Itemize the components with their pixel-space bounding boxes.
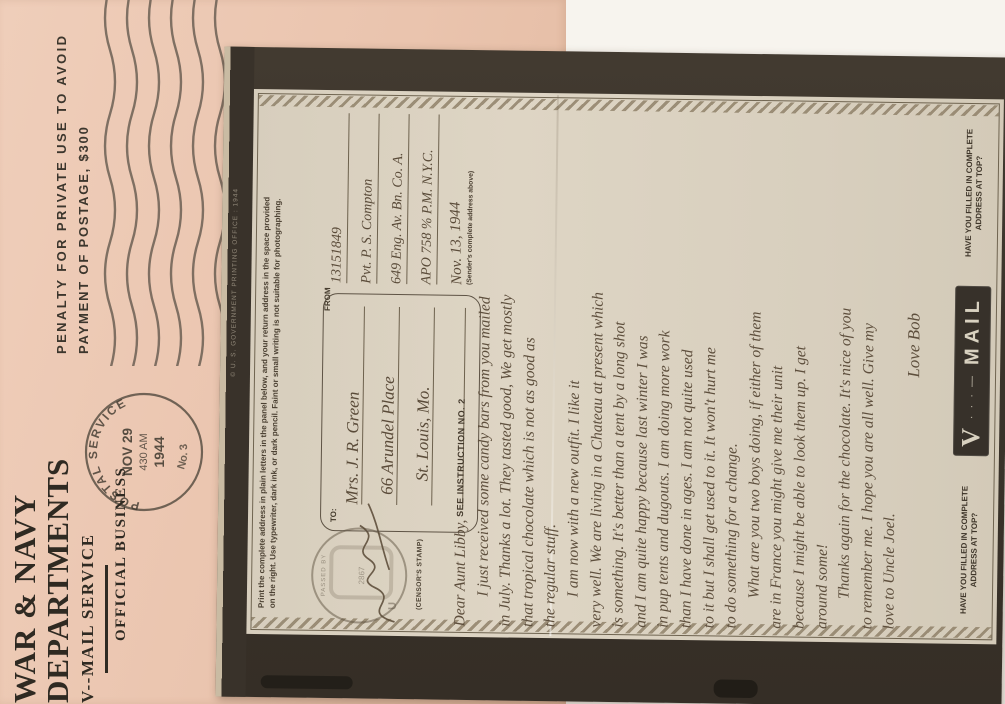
- v-mail-logo-morse-icon: · · · —: [965, 374, 978, 419]
- from-name: Pvt. P. S. Compton: [358, 179, 377, 284]
- dept-line-2: DEPARTMENTS: [41, 381, 74, 703]
- from-unit: 649 Eng. Av. Bn. Co. A.: [388, 152, 408, 284]
- censor-stamp-area: PASSED BY 2867 U (CENSOR'S STAMP): [310, 517, 452, 631]
- from-address-line: APO 758 % P.M. N.Y.C.: [407, 114, 439, 284]
- censor-stamp: PASSED BY 2867 U: [311, 527, 408, 624]
- to-city: St. Louis, Mo.: [413, 386, 433, 505]
- from-address-line: 649 Eng. Av. Bn. Co. A.: [377, 114, 409, 284]
- letter-line: in July. Thanks a lot. They tasted good,…: [495, 99, 521, 627]
- letter-line: than I have done in ages. I am not quite…: [675, 100, 701, 628]
- from-apo: APO 758 % P.M. N.Y.C.: [418, 149, 438, 284]
- letter-line: I am now with a new outfit. I like it: [562, 99, 588, 627]
- to-name: Mrs. J. R. Green: [343, 392, 363, 505]
- to-street: 66 Arundel Place: [378, 376, 398, 505]
- letter-signature: Love Bob: [901, 102, 927, 630]
- letter-line: is something. It's better than a tent by…: [608, 100, 634, 628]
- photo-edge-notch: [714, 679, 758, 698]
- censor-passed-text: PASSED BY: [321, 529, 328, 621]
- letter-line: Dear Aunt Libby,: [449, 98, 475, 626]
- imprint-rule: [105, 565, 108, 673]
- letter-line: love to Uncle Joel.: [879, 101, 905, 629]
- penalty-line-2: PAYMENT OF POSTAGE, $300: [76, 10, 91, 354]
- dept-line-1: WAR & NAVY: [8, 381, 41, 703]
- penalty-line-1: PENALTY FOR PRIVATE USE TO AVOID: [54, 10, 69, 354]
- from-address-line: Pvt. P. S. Compton: [347, 113, 379, 283]
- form-footer: HAVE YOU FILLED IN COMPLETE ADDRESS AT T…: [948, 117, 997, 627]
- footer-question-line-2: ADDRESS AT TOP?: [974, 117, 986, 269]
- footer-question-line-2: ADDRESS AT TOP?: [969, 474, 981, 626]
- from-serial-number: 13151849: [328, 227, 347, 283]
- department-imprint: WAR & NAVY DEPARTMENTS V--MAIL SERVICE O…: [8, 381, 166, 703]
- v-mail-logo-v: V: [958, 428, 984, 447]
- to-address-line: St. Louis, Mo.: [397, 307, 435, 505]
- footer-question-left: HAVE YOU FILLED IN COMPLETE ADDRESS AT T…: [959, 474, 981, 626]
- official-business-line: OFFICIAL BUSINESS: [113, 381, 130, 641]
- from-label: FROM: [323, 287, 332, 311]
- vmail-letter-photograph: © U. S. GOVERNMENT PRINTING OFFICE : 194…: [216, 47, 1005, 704]
- cancellation-wave-lines-icon: [100, 0, 240, 366]
- to-address-line: Mrs. J. R. Green: [327, 306, 365, 504]
- scan-of-vmail-letter-and-envelope: PENALTY FOR PRIVATE USE TO AVOID PAYMENT…: [0, 0, 1005, 704]
- vmail-form: Print the complete address in plain lett…: [246, 89, 1004, 644]
- footer-question-right: HAVE YOU FILLED IN COMPLETE ADDRESS AT T…: [964, 117, 986, 269]
- from-address-line: 13151849: [317, 113, 349, 283]
- to-address-line: 66 Arundel Place: [362, 307, 400, 505]
- svg-text:No. 3: No. 3: [175, 443, 190, 471]
- address-instructions: Print the complete address in plain lett…: [257, 103, 285, 608]
- letter-body: Dear Aunt Libby, I just received some ca…: [449, 98, 927, 629]
- v-mail-logo-mail: MAIL: [961, 296, 985, 365]
- letter-line: because I might be able to look them up.…: [788, 101, 814, 629]
- postmark-station: No. 3: [175, 443, 190, 471]
- photo-edge-notch: [261, 675, 353, 689]
- to-label: TO:: [329, 508, 338, 522]
- v-mail-logo: V · · · — MAIL: [953, 286, 991, 456]
- letter-line: to do something for a change.: [720, 100, 746, 628]
- service-line: V--MAIL SERVICE: [78, 381, 98, 703]
- letter-line: Thanks again for the chocolate. It's nic…: [833, 101, 859, 629]
